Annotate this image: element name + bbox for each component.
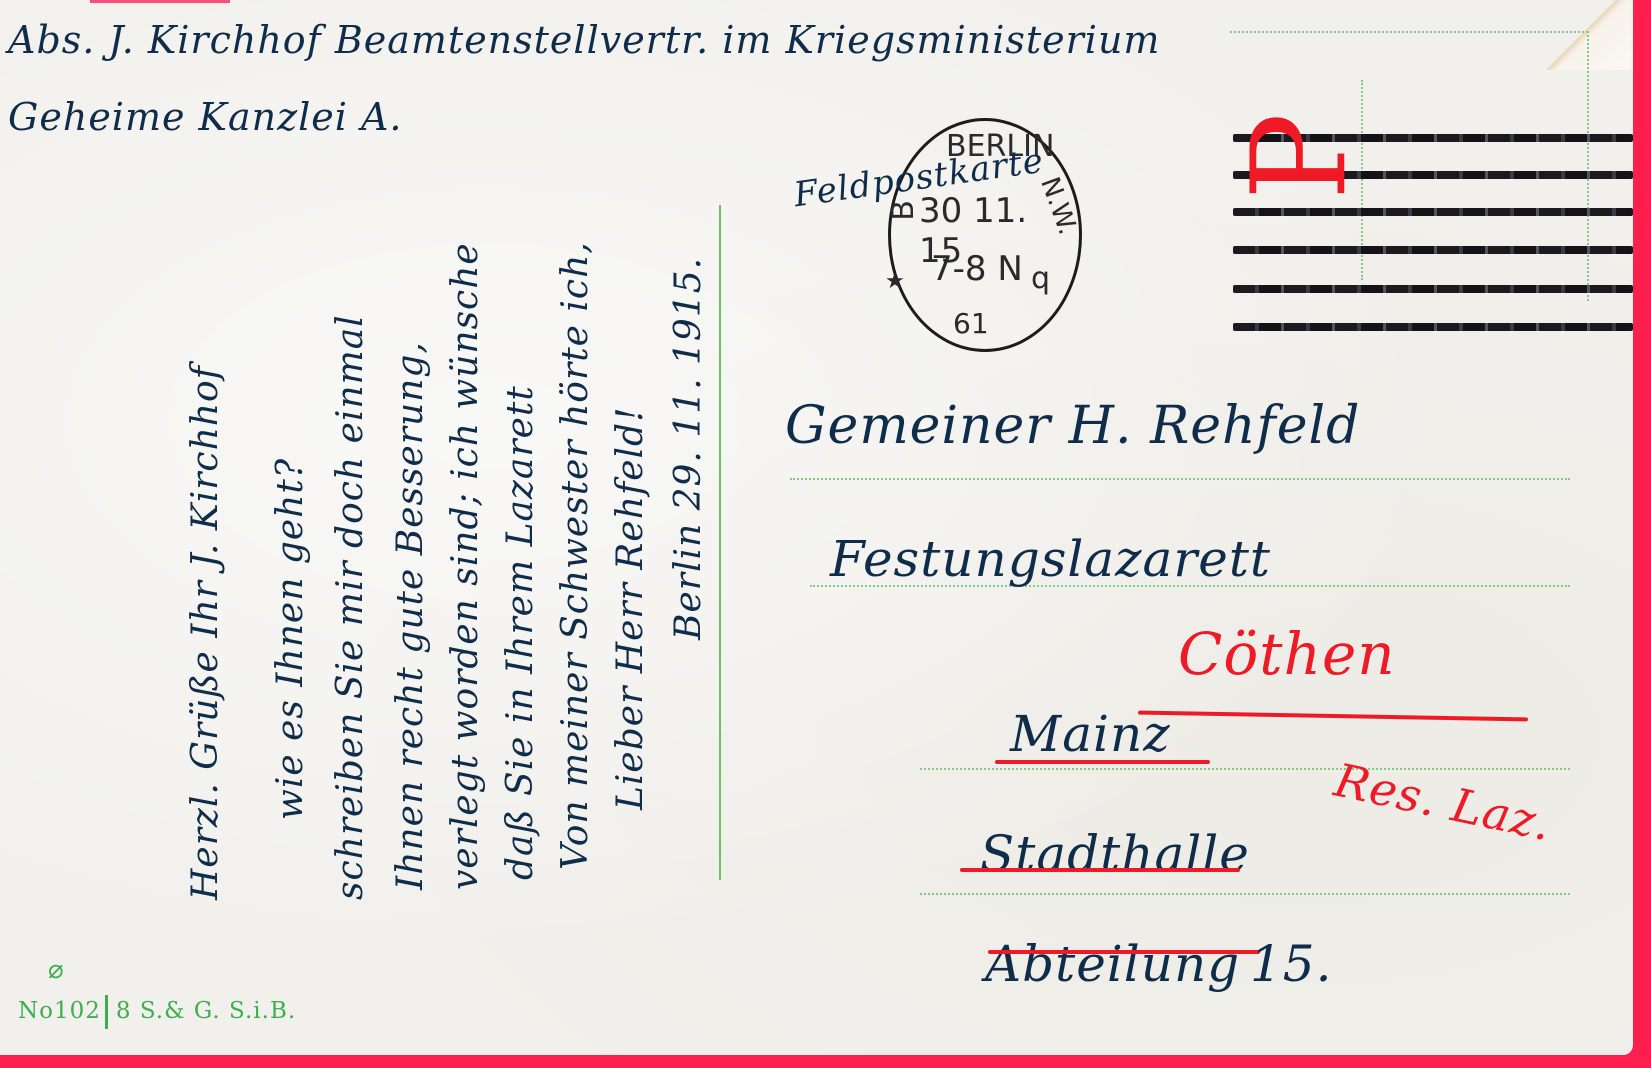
cancel-bar	[1233, 285, 1633, 293]
address-institution: Festungslazarett	[830, 530, 1271, 588]
strike-line	[995, 760, 1210, 764]
address-guide	[920, 893, 1570, 895]
message-signature: Herzl. Grüße Ihr J. Kirchhof	[185, 365, 226, 900]
postcard: Abs. J. Kirchhof Beamtenstellvertr. im K…	[0, 0, 1633, 1055]
message-line: Ihnen recht gute Besserung,	[390, 341, 431, 890]
star-icon: ★	[885, 269, 905, 294]
address-dept-number: 15.	[1250, 935, 1333, 993]
sender-line-2: Geheime Kanzlei A.	[8, 95, 403, 139]
stamp-box-guide-right	[1587, 31, 1589, 301]
message-line: wie es Ihnen geht?	[270, 458, 311, 820]
stamp-box-guide-top	[1230, 31, 1588, 33]
address-name: Gemeiner H. Rehfeld	[785, 396, 1360, 456]
address-guide	[920, 768, 1570, 770]
address-street-struck: Stadthalle	[980, 825, 1250, 883]
address-city-struck: Mainz	[1010, 705, 1171, 763]
imprint-divider	[105, 995, 108, 1029]
message-address-divider	[719, 205, 721, 880]
publisher-logo-icon: ⌀	[48, 955, 64, 985]
address-city-redirect: Cöthen	[1178, 620, 1396, 688]
cancel-bar	[1233, 208, 1633, 216]
message-date: Berlin 29. 11. 1915.	[668, 257, 709, 640]
message-line: schreiben Sie mir doch einmal	[330, 314, 371, 900]
card-number: No102	[18, 998, 101, 1024]
message-salutation: Lieber Herr Rehfeld!	[610, 406, 651, 810]
cancel-bar	[1233, 246, 1633, 254]
postmark-prefix: B	[886, 200, 921, 221]
postmark-office: 61	[953, 307, 989, 340]
redirect-underline	[1138, 711, 1528, 722]
message-line: Von meiner Schwester hörte ich,	[555, 241, 596, 870]
publisher-imprint: No1028 S.& G. S.i.B.	[18, 995, 296, 1029]
sender-line-1: Abs. J. Kirchhof Beamtenstellvertr. im K…	[8, 18, 1160, 62]
address-dept-struck: Abteilung	[985, 935, 1240, 993]
address-guide	[790, 478, 1570, 480]
edge-tint	[90, 0, 230, 3]
red-censor-mark: P	[1223, 112, 1375, 200]
message-line: daß Sie in Ihrem Lazarett	[500, 385, 541, 880]
strike-line	[960, 868, 1240, 872]
message-line: verlegt worden sind; ich wünsche	[445, 242, 486, 890]
postmark-suffix: q	[1031, 261, 1050, 296]
cancel-bar	[1233, 323, 1633, 331]
postmark-time: 7-8 N	[931, 249, 1023, 289]
publisher-name: 8 S.& G. S.i.B.	[116, 998, 296, 1024]
strike-line	[988, 950, 1260, 954]
